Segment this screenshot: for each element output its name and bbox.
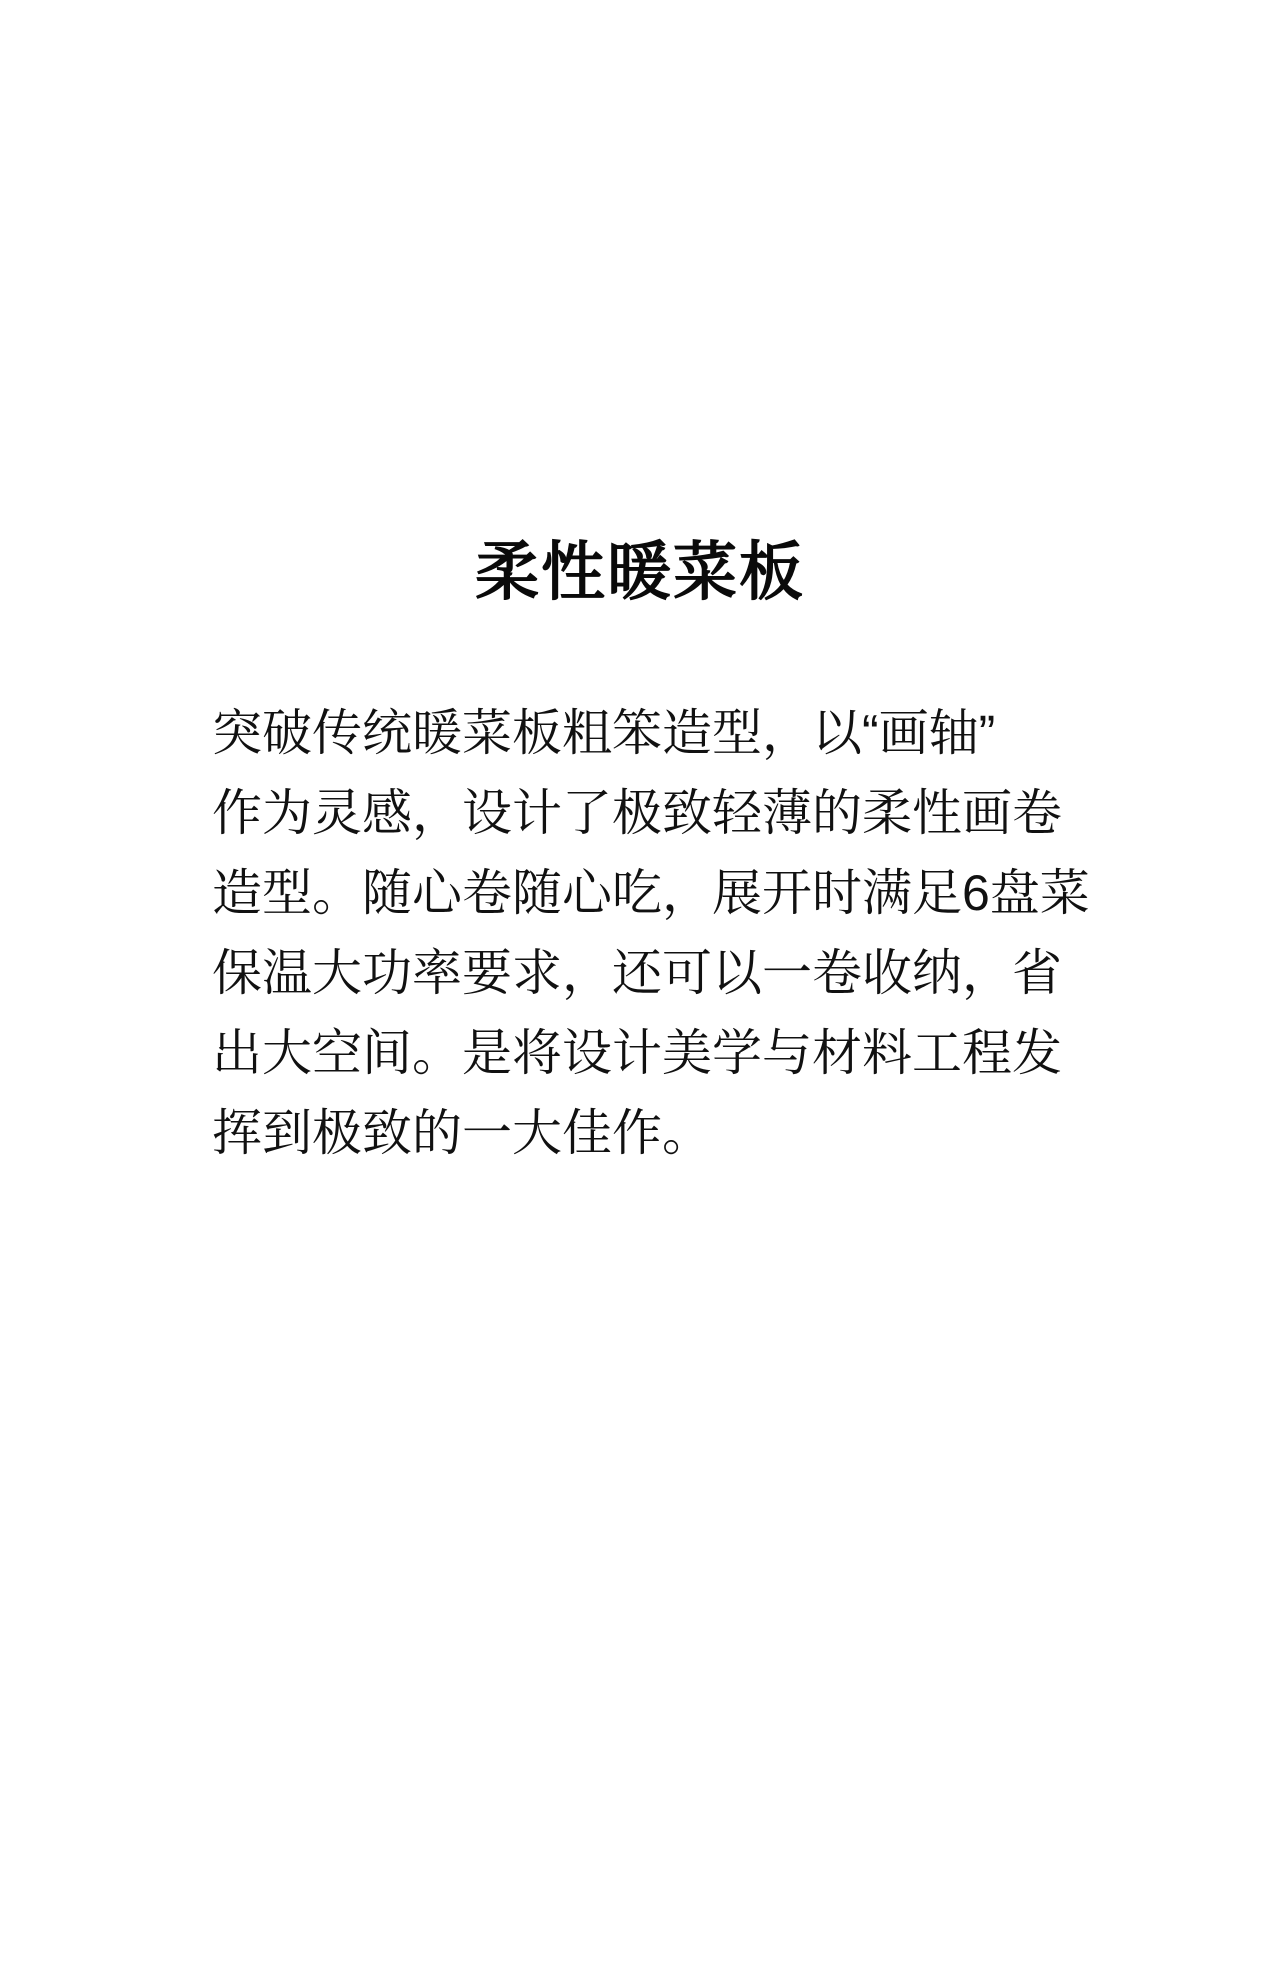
product-description-text: 突破传统暖菜板粗笨造型，以“画轴” 作为灵感，设计了极致轻薄的柔性画卷 造型。随… xyxy=(212,693,1112,1173)
page-title: 柔性暖菜板 xyxy=(0,540,1280,604)
product-detail-page: 柔性暖菜板 突破传统暖菜板粗笨造型，以“画轴” 作为灵感，设计了极致轻薄的柔性画… xyxy=(0,0,1280,1963)
